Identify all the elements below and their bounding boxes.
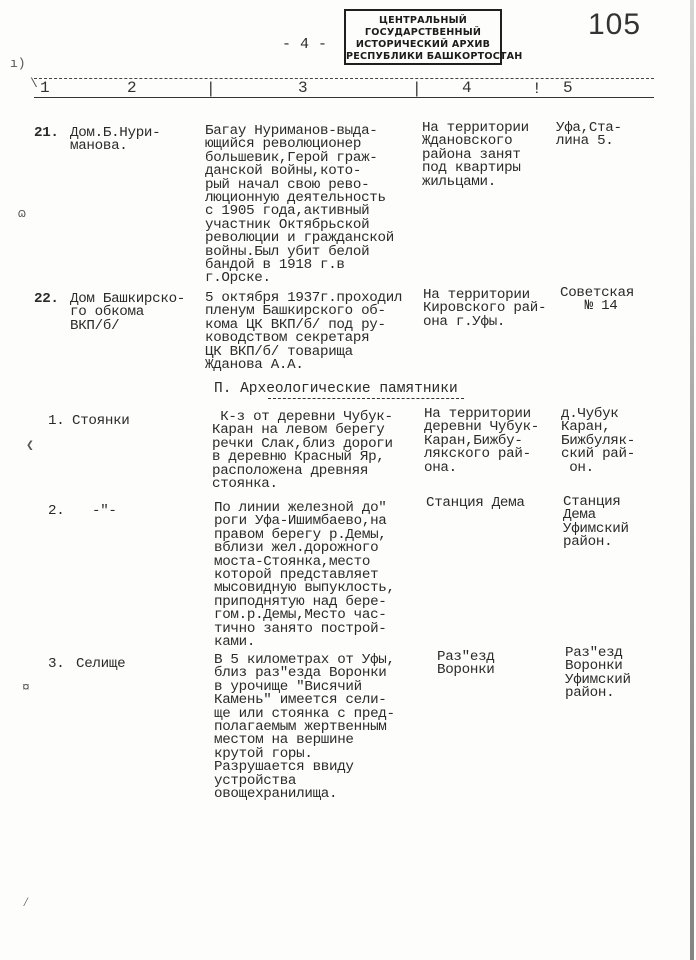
column-header-4: 4 [462, 79, 472, 97]
stamp-line: РЕСПУБЛИКИ БАШКОРТОСТАН [346, 51, 500, 63]
stamp-line: ГОСУДАРСТВЕННЫЙ [346, 27, 500, 39]
object-location: Станция Дема Уфимский район. [563, 496, 629, 550]
column-divider: | [412, 80, 422, 98]
object-state: На территории Кировского рай- она г.Уфы. [423, 289, 546, 329]
margin-mark: ɷ [18, 206, 26, 221]
row-number: 21. [34, 127, 59, 140]
archive-stamp: ЦЕНТРАЛЬНЫЙ ГОСУДАРСТВЕННЫЙ ИСТОРИЧЕСКИЙ… [344, 9, 502, 65]
header-bottom-rule [34, 97, 654, 98]
column-header-1: 1 [40, 79, 50, 97]
object-description: К-з от деревни Чубук- Каран на левом бер… [212, 411, 393, 491]
object-location: д.Чубук Каран, Бижбуляк- ский рай- он. [561, 408, 635, 475]
column-header-5: 5 [563, 79, 573, 97]
folio-number: 105 [588, 8, 641, 42]
stamp-line: ЦЕНТРАЛЬНЫЙ [346, 15, 500, 27]
section-title: П. Археологические памятники [214, 381, 458, 397]
object-name: -"- [92, 505, 117, 518]
column-divider: ! [532, 80, 542, 98]
section-underline [268, 398, 464, 399]
margin-mark: ¤ [22, 680, 30, 695]
row-number: 1. [48, 415, 64, 428]
page-number: - 4 - [282, 36, 327, 53]
object-name: Дом.Б.Нури- манова. [70, 127, 160, 154]
object-description: 5 октября 1937г.проходил пленум Башкирск… [205, 292, 402, 372]
object-state: Станция Дема [426, 497, 525, 510]
row-number: 22. [34, 293, 59, 306]
object-location: Раз"езд Воронки Уфимский район. [565, 647, 631, 701]
object-name: Дом Башкирско- го обкома ВКП/б/ [70, 293, 185, 333]
scan-edge-shadow [690, 0, 694, 960]
margin-mark: ❮ [26, 438, 34, 453]
object-description: В 5 километрах от Уфы, близ раз"езда Вор… [214, 654, 395, 801]
object-state: На территории Ждановского района занят п… [422, 122, 529, 189]
row-number: 3. [48, 658, 64, 671]
object-name: Селище [76, 658, 125, 671]
stamp-line: ИСТОРИЧЕСКИЙ АРХИВ [346, 39, 500, 51]
column-header-3: 3 [298, 79, 308, 97]
column-divider: | [206, 80, 216, 98]
margin-mark: ⁄ [22, 895, 30, 910]
row-number: 2. [48, 505, 64, 518]
object-location: Советская № 14 [560, 287, 634, 314]
object-description: По линии железной до" роги Уфа-Ишимбаево… [214, 502, 395, 649]
object-state: На территории деревни Чубук- Каран,Бижбу… [424, 408, 539, 475]
object-name: Стоянки [72, 415, 130, 428]
object-description: Багау Нуриманов-выда- ющийся революционе… [205, 125, 394, 286]
margin-mark: ı) [10, 56, 26, 71]
object-location: Уфа,Ста- лина 5. [556, 122, 622, 149]
column-header-2: 2 [127, 79, 137, 97]
object-state: Раз"езд Воронки [437, 651, 495, 678]
